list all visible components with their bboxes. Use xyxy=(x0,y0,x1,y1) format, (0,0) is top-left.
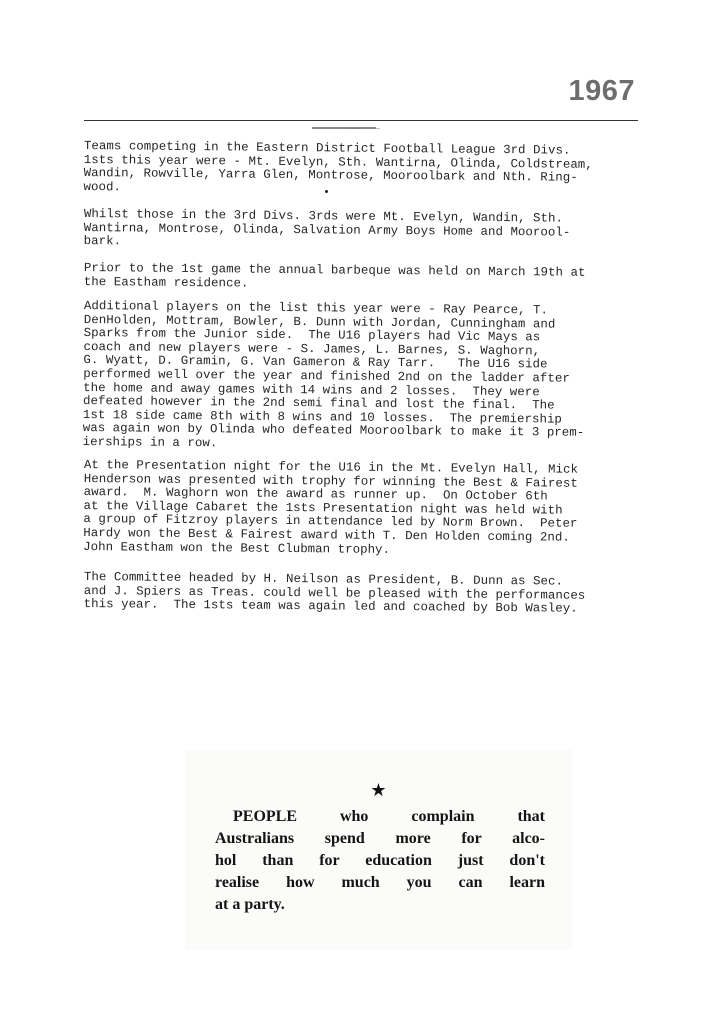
paragraph-committee: The Committee headed by H. Neilson as Pr… xyxy=(84,571,644,617)
scan-mark xyxy=(350,128,360,129)
newspaper-clipping: ★ PEOPLE who complain that Australians s… xyxy=(185,750,572,950)
quote-line: PEOPLE who complain that xyxy=(215,806,545,828)
quote-line: Australians spend more for alco- xyxy=(215,828,545,850)
paragraph-teams-3rds: Whilst those in the 3rd Divs. 3rds were … xyxy=(84,208,644,254)
header-rule xyxy=(84,120,638,121)
quote-line: hol than for education just don't xyxy=(215,850,545,872)
year-heading: 1967 xyxy=(568,75,635,108)
scan-mark xyxy=(372,128,380,129)
clipping-quote: PEOPLE who complain that Australians spe… xyxy=(215,806,545,916)
star-icon: ★ xyxy=(185,780,572,801)
paragraph-presentation: At the Presentation night for the U16 in… xyxy=(83,459,644,560)
paragraph-barbeque: Prior to the 1st game the annual barbequ… xyxy=(84,262,644,295)
paragraph-teams-1sts: Teams competing in the Eastern District … xyxy=(83,140,643,200)
scan-mark xyxy=(312,127,376,129)
quote-line: realise how much you can learn xyxy=(215,872,545,894)
text-line: this year. The 1sts team was again led a… xyxy=(84,598,644,617)
paragraph-players: Additional players on the list this year… xyxy=(83,300,644,455)
quote-line: at a party. xyxy=(215,894,545,916)
